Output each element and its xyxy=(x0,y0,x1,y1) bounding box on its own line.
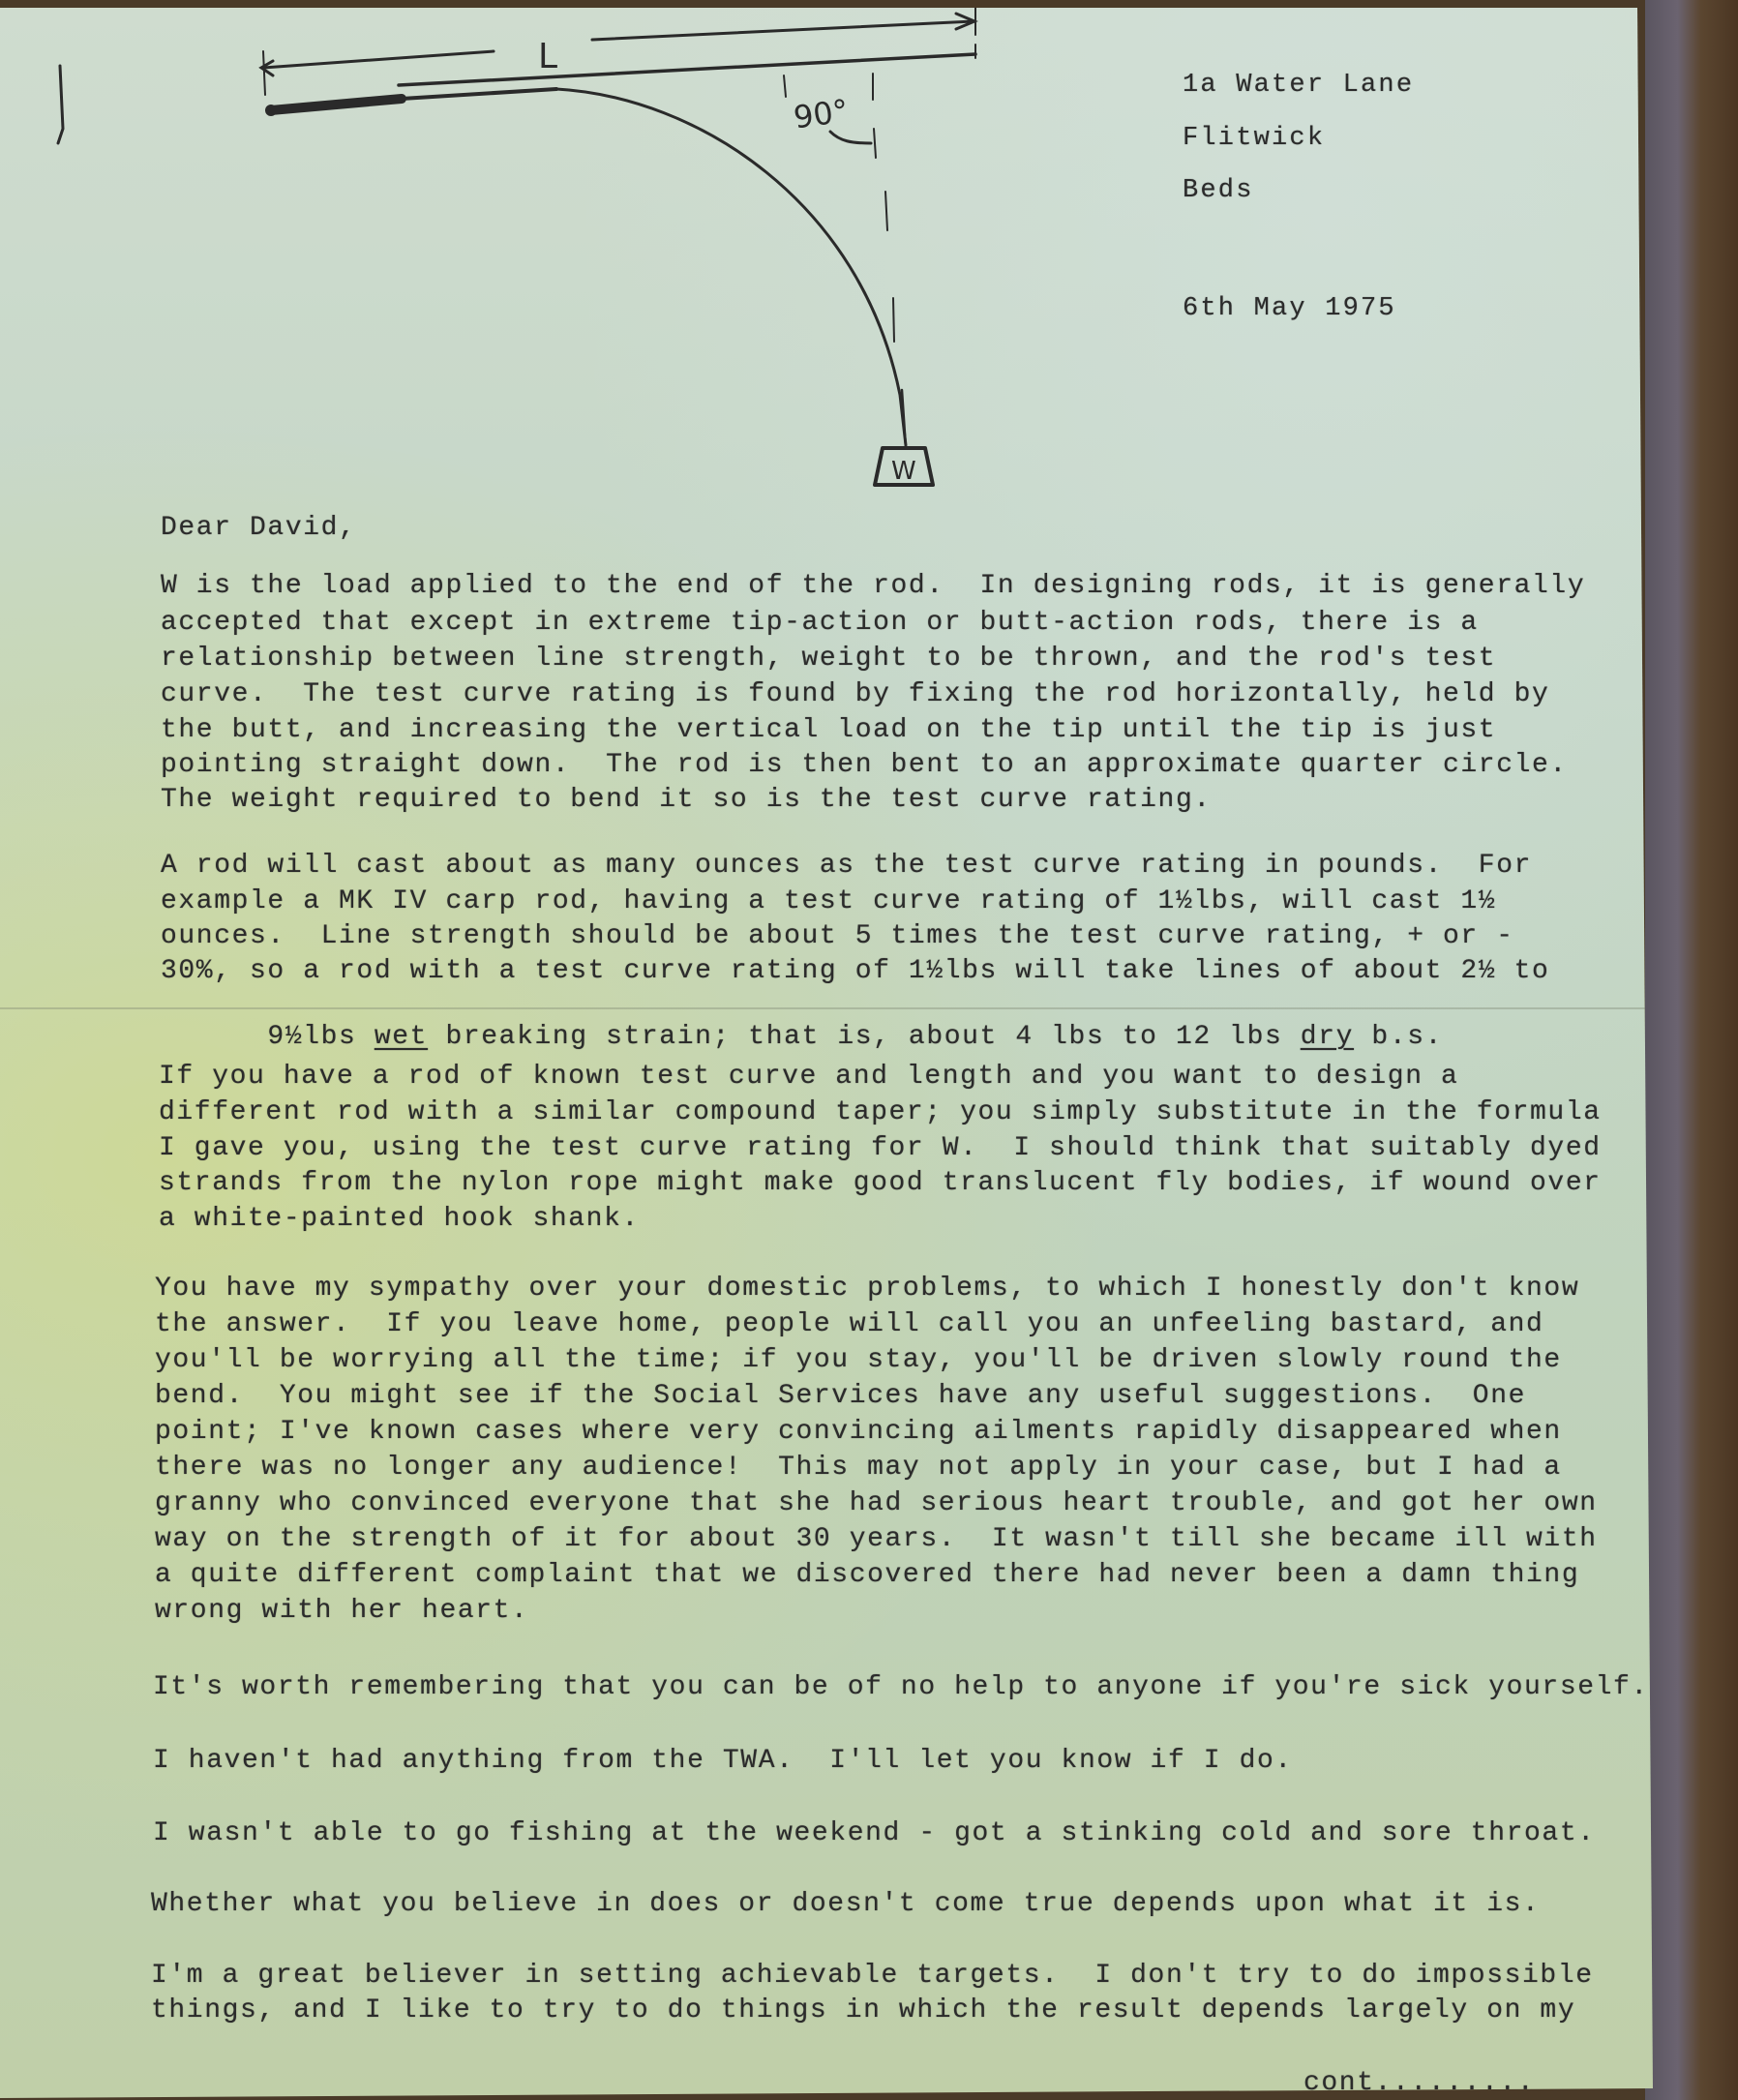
text-line: a quite different complaint that we disc… xyxy=(155,1560,1579,1591)
text-line: ounces. Line strength should be about 5 … xyxy=(161,921,1514,952)
paragraph-self-care: It's worth remembering that you can be o… xyxy=(153,1672,1649,1703)
text-line: example a MK IV carp rod, having a test … xyxy=(161,886,1496,917)
continuation-marker: cont......... xyxy=(1303,2068,1535,2099)
text-line: the answer. If you leave home, people wi… xyxy=(155,1309,1543,1340)
text-line: you'll be worrying all the time; if you … xyxy=(155,1345,1562,1376)
salutation: Dear David, xyxy=(161,513,356,544)
text-line: accepted that except in extreme tip-acti… xyxy=(161,608,1479,639)
text-line: there was no longer any audience! This m… xyxy=(155,1453,1562,1484)
rod-test-curve-diagram: L 90° W xyxy=(0,8,1064,511)
text-line: You have my sympathy over your domestic … xyxy=(155,1274,1579,1305)
text-fragment: b.s. xyxy=(1354,1022,1443,1052)
letter-page: L 90° W 1a Water Lane Flitwick Beds 6th … xyxy=(0,8,1653,2098)
text-line: The weight required to bend it so is the… xyxy=(161,785,1212,816)
text-line: things, and I like to try to do things i… xyxy=(151,1995,1575,2026)
address-line-1: 1a Water Lane xyxy=(1183,70,1414,101)
desk-backdrop xyxy=(1645,0,1738,2100)
text-line: strands from the nylon rope might make g… xyxy=(159,1168,1602,1199)
text-line: granny who convinced everyone that she h… xyxy=(155,1488,1598,1519)
text-line: If you have a rod of known test curve an… xyxy=(159,1062,1458,1093)
text-line: a white-painted hook shank. xyxy=(159,1204,640,1235)
text-line: relationship between line strength, weig… xyxy=(161,644,1496,675)
text-line: A rod will cast about as many ounces as … xyxy=(161,851,1532,882)
paragraph-belief: Whether what you believe in does or does… xyxy=(151,1889,1540,1920)
text-line: point; I've known cases where very convi… xyxy=(155,1417,1562,1448)
paragraph-fishing: I wasn't able to go fishing at the weeke… xyxy=(153,1818,1596,1849)
text-line: W is the load applied to the end of the … xyxy=(161,571,1585,602)
underlined-word-wet: wet xyxy=(375,1022,428,1052)
length-label: L xyxy=(538,37,557,76)
address-line-3: Beds xyxy=(1183,175,1254,206)
text-line: I'm a great believer in setting achievab… xyxy=(151,1961,1594,1992)
text-fragment: 9½lbs xyxy=(267,1022,374,1052)
text-line: way on the strength of it for about 30 y… xyxy=(155,1524,1598,1555)
weight-label: W xyxy=(891,457,916,486)
text-line: I gave you, using the test curve rating … xyxy=(159,1133,1602,1164)
text-line: bend. You might see if the Social Servic… xyxy=(155,1381,1526,1412)
text-line: curve. The test curve rating is found by… xyxy=(161,679,1549,710)
paragraph-twa: I haven't had anything from the TWA. I'l… xyxy=(153,1746,1293,1777)
underlined-word-dry: dry xyxy=(1301,1022,1354,1052)
text-fragment: breaking strain; that is, about 4 lbs to… xyxy=(428,1022,1301,1052)
text-line: pointing straight down. The rod is then … xyxy=(161,750,1568,781)
address-line-2: Flitwick xyxy=(1183,123,1325,154)
letter-date: 6th May 1975 xyxy=(1183,293,1396,324)
angle-label: 90° xyxy=(792,92,851,136)
text-line: 30%, so a rod with a test curve rating o… xyxy=(161,956,1549,987)
text-line: the butt, and increasing the vertical lo… xyxy=(161,715,1496,746)
text-line: different rod with a similar compound ta… xyxy=(159,1097,1602,1128)
text-line: wrong with her heart. xyxy=(155,1596,528,1627)
margin-mark xyxy=(58,66,63,143)
